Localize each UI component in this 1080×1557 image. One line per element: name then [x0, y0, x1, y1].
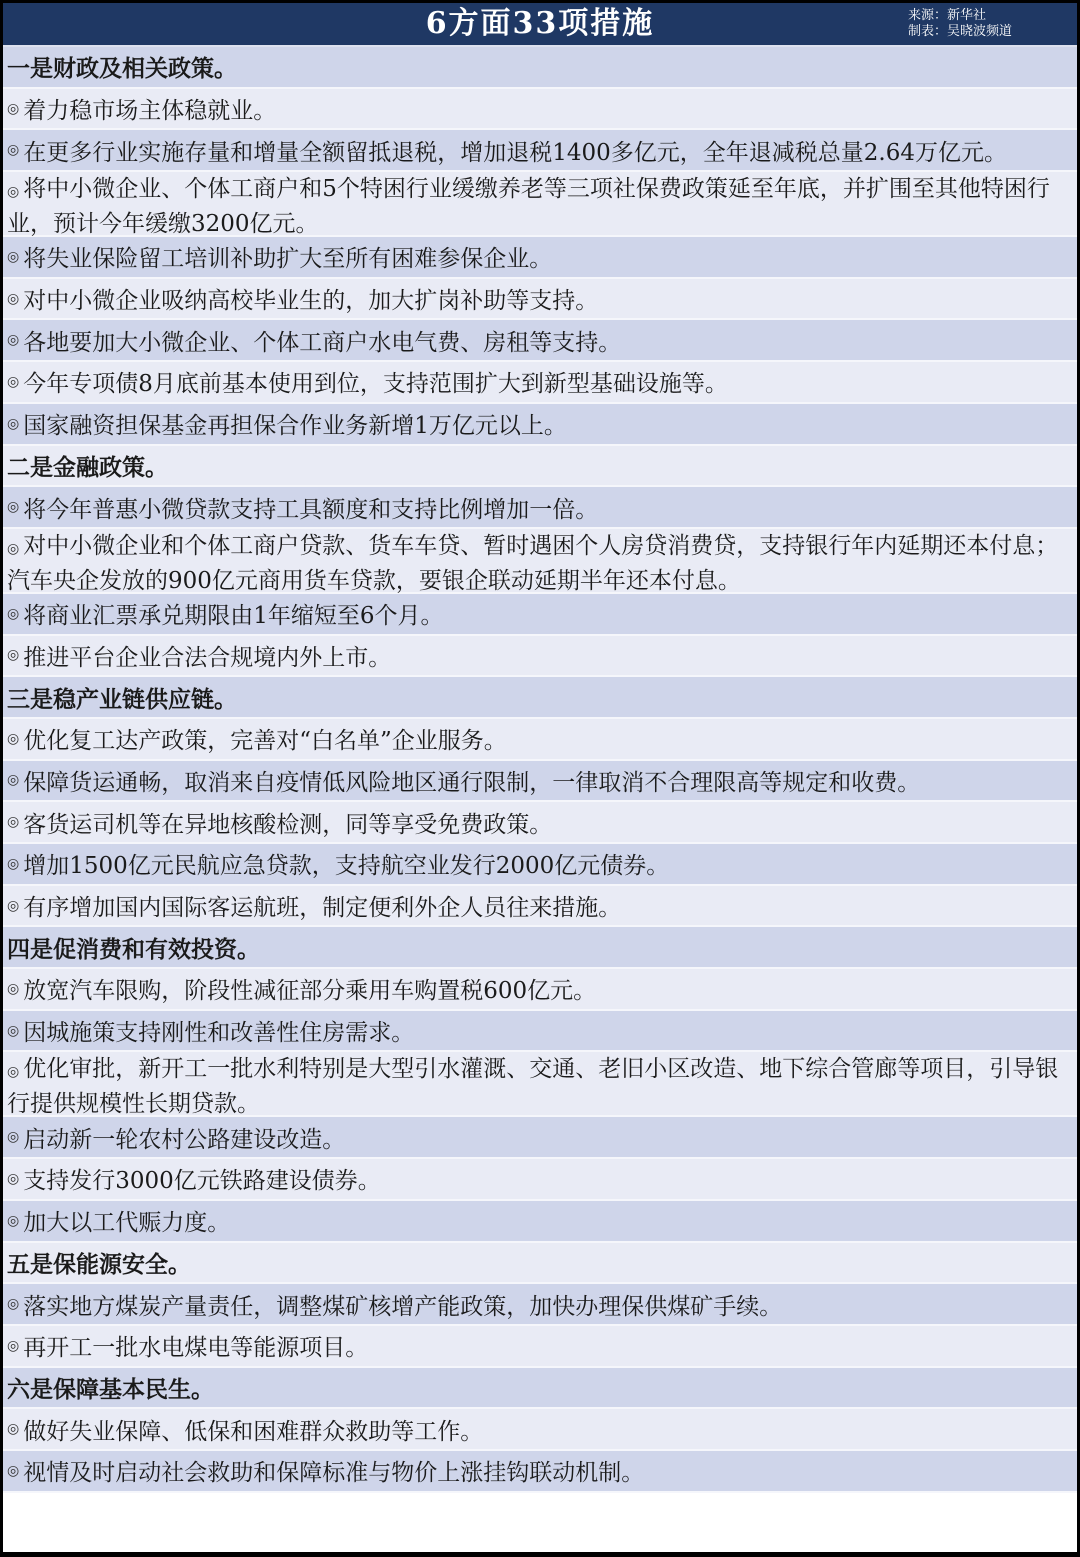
list-item: ◎优化复工达产政策，完善对“白名单”企业服务。 — [3, 719, 1077, 761]
bullet-icon: ◎ — [7, 332, 19, 348]
list-item: ◎因城施策支持刚性和改善性住房需求。 — [3, 1011, 1077, 1053]
list-item: ◎各地要加大小微企业、个体工商户水电气费、房租等支持。 — [3, 320, 1077, 362]
list-item: ◎增加1500亿元民航应急贷款，支持航空业发行2000亿元债券。 — [3, 844, 1077, 886]
list-item: ◎将今年普惠小微贷款支持工具额度和支持比例增加一倍。 — [3, 487, 1077, 529]
list-item: ◎在更多行业实施存量和增量全额留抵退税，增加退税1400多亿元，全年退减税总量2… — [3, 130, 1077, 172]
list-item: ◎再开工一批水电煤电等能源项目。 — [3, 1326, 1077, 1368]
list-item-text: 对中小微企业吸纳高校毕业生的，加大扩岗补助等支持。 — [23, 282, 598, 315]
list-item-text: 加大以工代赈力度。 — [23, 1204, 230, 1237]
list-item: ◎有序增加国内国际客运航班，制定便利外企人员往来措施。 — [3, 886, 1077, 928]
title-bar: 6方面33项措施 来源：新华社 制表：吴晓波频道 — [3, 3, 1077, 47]
bullet-icon: ◎ — [7, 1213, 19, 1229]
list-item-text: 视情及时启动社会救助和保障标准与物价上涨挂钩联动机制。 — [23, 1454, 644, 1487]
list-item: ◎视情及时启动社会救助和保障标准与物价上涨挂钩联动机制。 — [3, 1451, 1077, 1493]
list-item-text: 增加1500亿元民航应急贷款，支持航空业发行2000亿元债券。 — [23, 847, 669, 880]
section-heading-text: 三是稳产业链供应链。 — [7, 681, 237, 714]
measure-list: 一是财政及相关政策。◎着力稳市场主体稳就业。◎在更多行业实施存量和增量全额留抵退… — [3, 47, 1077, 1493]
list-item: ◎今年专项债8月底前基本使用到位，支持范围扩大到新型基础设施等。 — [3, 362, 1077, 404]
bullet-icon: ◎ — [7, 101, 19, 117]
bullet-icon: ◎ — [7, 731, 19, 747]
list-item-text: 推进平台企业合法合规境内外上市。 — [23, 639, 391, 672]
list-item: ◎对中小微企业吸纳高校毕业生的，加大扩岗补助等支持。 — [3, 279, 1077, 321]
list-item-text: 各地要加大小微企业、个体工商户水电气费、房租等支持。 — [23, 324, 621, 357]
bullet-icon: ◎ — [7, 1023, 19, 1039]
bullet-icon: ◎ — [7, 541, 19, 557]
section-heading: 三是稳产业链供应链。 — [3, 677, 1077, 719]
source-label: 来源：新华社 — [908, 8, 1012, 24]
section-heading: 四是促消费和有效投资。 — [3, 927, 1077, 969]
policy-table: 6方面33项措施 来源：新华社 制表：吴晓波频道 一是财政及相关政策。◎着力稳市… — [0, 0, 1080, 1557]
bullet-icon: ◎ — [7, 647, 19, 663]
bullet-icon: ◎ — [7, 898, 19, 914]
list-item: ◎客货运司机等在异地核酸检测，同等享受免费政策。 — [3, 802, 1077, 844]
list-item-text: 今年专项债8月底前基本使用到位，支持范围扩大到新型基础设施等。 — [23, 365, 728, 398]
section-heading: 二是金融政策。 — [3, 446, 1077, 488]
list-item: ◎做好失业保障、低保和困难群众救助等工作。 — [3, 1409, 1077, 1451]
maker-label: 制表：吴晓波频道 — [908, 24, 1012, 40]
list-item: ◎启动新一轮农村公路建设改造。 — [3, 1117, 1077, 1159]
list-item-text: 国家融资担保基金再担保合作业务新增1万亿元以上。 — [23, 407, 567, 440]
list-item-text: 放宽汽车限购，阶段性减征部分乘用车购置税600亿元。 — [23, 972, 596, 1005]
bullet-icon: ◎ — [7, 1296, 19, 1312]
bullet-icon: ◎ — [7, 249, 19, 265]
bullet-icon: ◎ — [7, 856, 19, 872]
bullet-icon: ◎ — [7, 142, 19, 158]
credits: 来源：新华社 制表：吴晓波频道 — [908, 8, 1012, 40]
list-item-text: 将失业保险留工培训补助扩大至所有困难参保企业。 — [23, 240, 552, 273]
bullet-icon: ◎ — [7, 1129, 19, 1145]
list-item: ◎将商业汇票承兑期限由1年缩短至6个月。 — [3, 594, 1077, 636]
bullet-icon: ◎ — [7, 981, 19, 997]
list-item-text: 保障货运通畅，取消来自疫情低风险地区通行限制，一律取消不合理限高等规定和收费。 — [23, 764, 920, 797]
list-item: ◎对中小微企业和个体工商户贷款、货车车贷、暂时遇困个人房贷消费贷，支持银行年内延… — [3, 529, 1077, 594]
bullet-icon: ◎ — [7, 291, 19, 307]
list-item-text: 将今年普惠小微贷款支持工具额度和支持比例增加一倍。 — [23, 491, 598, 524]
list-item: ◎加大以工代赈力度。 — [3, 1201, 1077, 1243]
list-item-text: 做好失业保障、低保和困难群众救助等工作。 — [23, 1413, 483, 1446]
bullet-icon: ◎ — [7, 1171, 19, 1187]
list-item: ◎国家融资担保基金再担保合作业务新增1万亿元以上。 — [3, 404, 1077, 446]
list-item-text: 优化审批，新开工一批水利特别是大型引水灌溉、交通、老旧小区改造、地下综合管廊等项… — [7, 1056, 1058, 1117]
list-item-text: 落实地方煤炭产量责任，调整煤矿核增产能政策，加快办理保供煤矿手续。 — [23, 1288, 782, 1321]
list-item: ◎落实地方煤炭产量责任，调整煤矿核增产能政策，加快办理保供煤矿手续。 — [3, 1284, 1077, 1326]
bullet-icon: ◎ — [7, 1421, 19, 1437]
section-heading-text: 二是金融政策。 — [7, 449, 168, 482]
bullet-icon: ◎ — [7, 416, 19, 432]
section-heading: 六是保障基本民生。 — [3, 1368, 1077, 1410]
list-item: ◎支持发行3000亿元铁路建设债券。 — [3, 1159, 1077, 1201]
section-heading-text: 五是保能源安全。 — [7, 1246, 191, 1279]
list-item: ◎将失业保险留工培训补助扩大至所有困难参保企业。 — [3, 237, 1077, 279]
list-item-text: 优化复工达产政策，完善对“白名单”企业服务。 — [23, 722, 507, 755]
list-item-text: 有序增加国内国际客运航班，制定便利外企人员往来措施。 — [23, 889, 621, 922]
list-item-text: 因城施策支持刚性和改善性住房需求。 — [23, 1014, 414, 1047]
list-item-text: 支持发行3000亿元铁路建设债券。 — [23, 1162, 381, 1195]
bullet-icon: ◎ — [7, 1338, 19, 1354]
section-heading-text: 四是促消费和有效投资。 — [7, 931, 260, 964]
list-item: ◎优化审批，新开工一批水利特别是大型引水灌溉、交通、老旧小区改造、地下综合管廊等… — [3, 1052, 1077, 1117]
list-item-text: 客货运司机等在异地核酸检测，同等享受免费政策。 — [23, 806, 552, 839]
section-heading: 一是财政及相关政策。 — [3, 47, 1077, 89]
bullet-icon: ◎ — [7, 1064, 19, 1080]
list-item: ◎推进平台企业合法合规境内外上市。 — [3, 636, 1077, 678]
list-item-text: 在更多行业实施存量和增量全额留抵退税，增加退税1400多亿元，全年退减税总量2.… — [23, 134, 1007, 167]
bullet-icon: ◎ — [7, 1463, 19, 1479]
list-item: ◎将中小微企业、个体工商户和5个特困行业缓缴养老等三项社保费政策延至年底，并扩围… — [3, 172, 1077, 237]
list-item: ◎保障货运通畅，取消来自疫情低风险地区通行限制，一律取消不合理限高等规定和收费。 — [3, 761, 1077, 803]
list-item-text: 启动新一轮农村公路建设改造。 — [23, 1121, 345, 1154]
list-item: ◎放宽汽车限购，阶段性减征部分乘用车购置税600亿元。 — [3, 969, 1077, 1011]
bullet-icon: ◎ — [7, 374, 19, 390]
section-heading-text: 六是保障基本民生。 — [7, 1371, 214, 1404]
list-item-text: 着力稳市场主体稳就业。 — [23, 92, 276, 125]
section-heading: 五是保能源安全。 — [3, 1243, 1077, 1285]
list-item-text: 对中小微企业和个体工商户贷款、货车车贷、暂时遇困个人房贷消费贷，支持银行年内延期… — [7, 533, 1058, 594]
bullet-icon: ◎ — [7, 184, 19, 200]
bullet-icon: ◎ — [7, 606, 19, 622]
section-heading-text: 一是财政及相关政策。 — [7, 50, 237, 83]
list-item-text: 再开工一批水电煤电等能源项目。 — [23, 1329, 368, 1362]
bullet-icon: ◎ — [7, 772, 19, 788]
list-item-text: 将商业汇票承兑期限由1年缩短至6个月。 — [23, 597, 443, 630]
bullet-icon: ◎ — [7, 814, 19, 830]
list-item-text: 将中小微企业、个体工商户和5个特困行业缓缴养老等三项社保费政策延至年底，并扩围至… — [7, 176, 1050, 237]
bullet-icon: ◎ — [7, 499, 19, 515]
list-item: ◎着力稳市场主体稳就业。 — [3, 89, 1077, 131]
